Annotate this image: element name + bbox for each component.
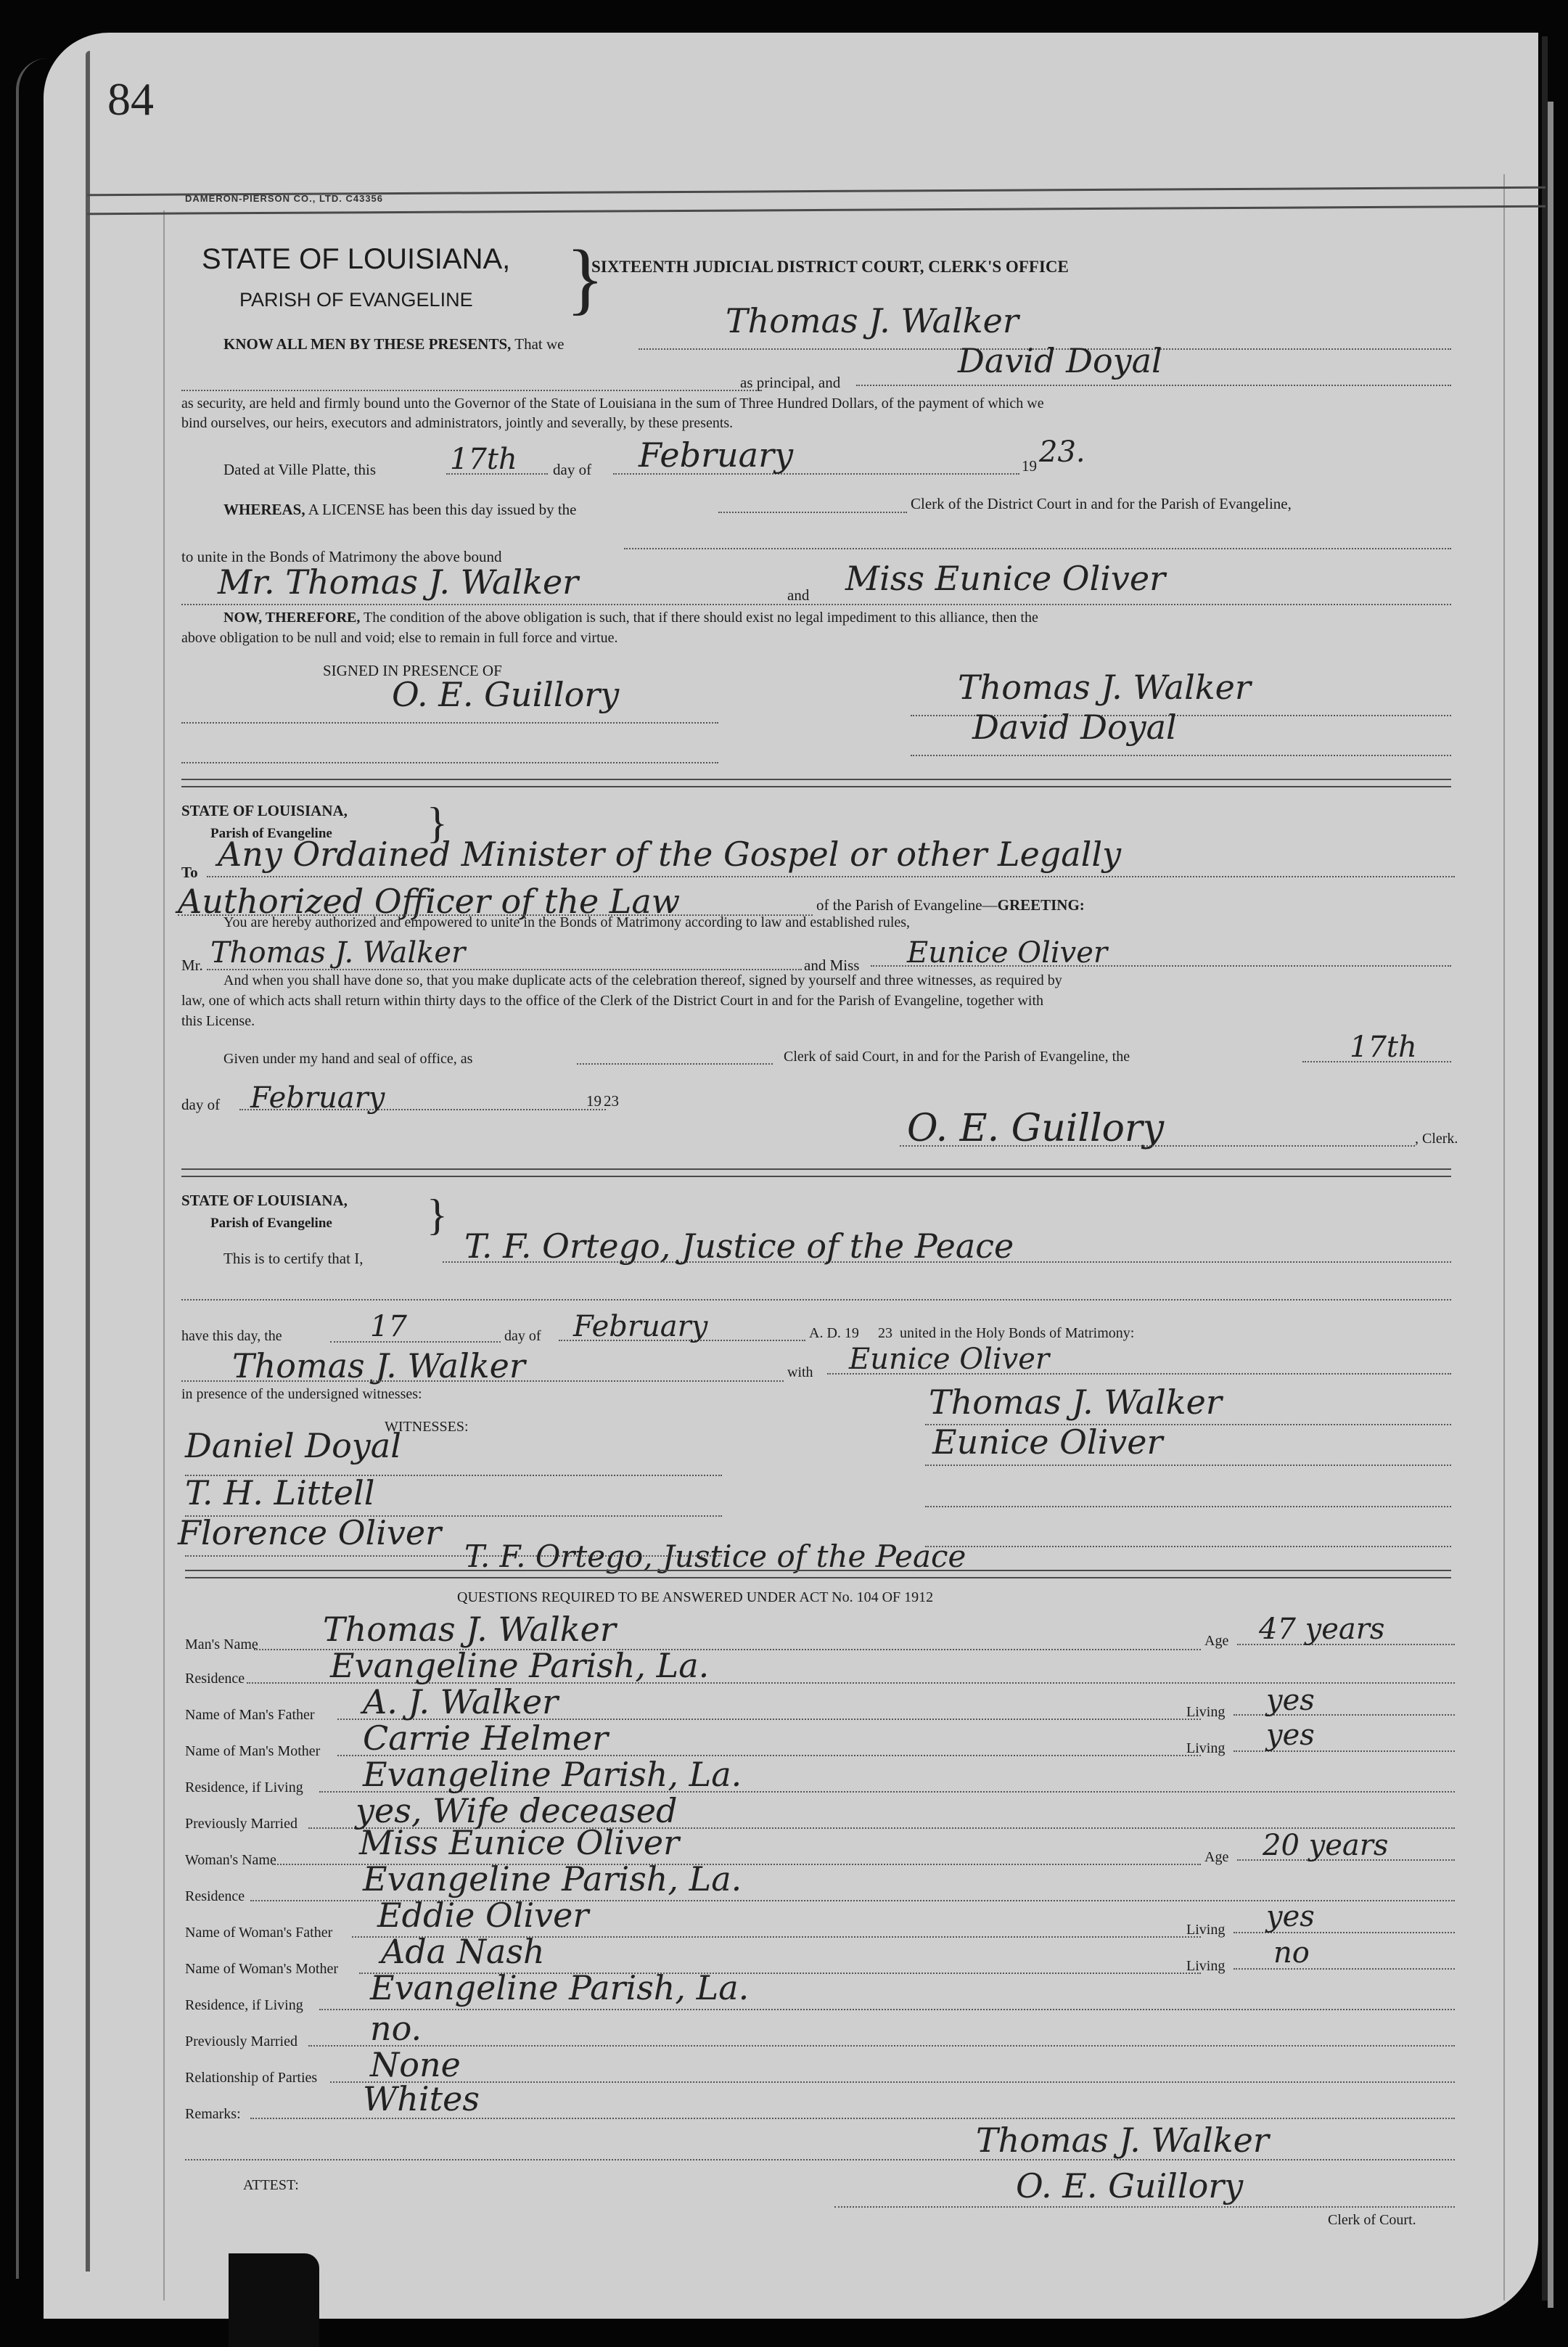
- dated-year-prefix: 19: [1022, 457, 1037, 475]
- clerk-final-signature: O. E. Guillory: [1016, 2166, 1243, 2205]
- party-signature-line-3: [925, 1506, 1451, 1507]
- duplicate-text-1: And when you shall have done so, that yo…: [223, 972, 1062, 989]
- section-divider-3a: [185, 1570, 1451, 1571]
- womans-prev-married-label: Previously Married: [185, 2033, 297, 2050]
- security-signature-line: [911, 755, 1451, 756]
- addressee-line-1-rule: [207, 876, 1455, 877]
- principal-name: Thomas J. Walker: [726, 301, 1019, 340]
- page-number: 84: [107, 73, 154, 126]
- clerk-signature-line: [900, 1145, 1415, 1147]
- section-divider-1a: [181, 779, 1451, 780]
- presence-text: in presence of the undersigned witnesses…: [181, 1386, 422, 1403]
- clerk-label: , Clerk.: [1415, 1131, 1458, 1147]
- united-text: united in the Holy Bonds of Matrimony:: [900, 1325, 1134, 1342]
- womans-age: 20 years: [1263, 1829, 1388, 1862]
- whereas-text: A LICENSE has been this day issued by th…: [308, 501, 577, 518]
- license-clerk-signature: O. E. Guillory: [907, 1107, 1164, 1150]
- mans-mother-living: yes: [1266, 1719, 1315, 1752]
- right-margin-line: [1503, 174, 1505, 2301]
- dated-prefix: Dated at Ville Platte, this: [223, 461, 376, 479]
- mans-parents-residence: Evangeline Parish, La.: [363, 1755, 742, 1794]
- license-year-prefix: 19: [586, 1092, 602, 1110]
- principal-line-2: [181, 390, 762, 391]
- womans-father: Eddie Oliver: [377, 1896, 588, 1935]
- cert-groom: Thomas J. Walker: [232, 1346, 525, 1385]
- party-signature-bride-line: [925, 1465, 1451, 1466]
- witness-2: T. H. Littell: [185, 1473, 374, 1512]
- and-label: and: [787, 586, 809, 605]
- party-signature-groom: Thomas J. Walker: [929, 1383, 1222, 1422]
- mans-residence-label: Residence: [185, 1671, 245, 1687]
- womans-name-label: Woman's Name: [185, 1852, 276, 1869]
- mans-name-label: Man's Name: [185, 1637, 258, 1653]
- questions-title: QUESTIONS REQUIRED TO BE ANSWERED UNDER …: [457, 1589, 933, 1606]
- greeting-prefix: of the Parish of Evangeline—: [816, 896, 998, 914]
- court-heading: SIXTEENTH JUDICIAL DISTRICT COURT, CLERK…: [591, 258, 1069, 277]
- mans-name: Thomas J. Walker: [323, 1610, 616, 1649]
- womans-father-label: Name of Woman's Father: [185, 1925, 332, 1941]
- attest-label: ATTEST:: [243, 2177, 299, 2194]
- witness-line-2: [181, 762, 718, 763]
- womans-parents-residence: Evangeline Parish, La.: [370, 1968, 749, 2007]
- duplicate-text-3: this License.: [181, 1013, 255, 1030]
- womans-parents-residence-label: Residence, if Living: [185, 1997, 303, 2014]
- womans-father-living-label: Living: [1186, 1922, 1225, 1938]
- bond-state-heading: STATE OF LOUISIANA,: [202, 243, 510, 276]
- left-margin-line: [163, 210, 165, 2301]
- cert-day: 17: [370, 1310, 407, 1343]
- mans-mother-label: Name of Man's Mother: [185, 1743, 320, 1760]
- mans-residence: Evangeline Parish, La.: [330, 1646, 709, 1685]
- day-of-label: day of: [553, 461, 591, 479]
- license-month: February: [250, 1081, 385, 1115]
- security-signature: David Doyal: [972, 708, 1177, 747]
- cert-bride-line: [827, 1373, 1451, 1375]
- party-signature-bride: Eunice Oliver: [932, 1422, 1163, 1462]
- page-edge: [16, 58, 48, 2279]
- mans-father-living: yes: [1266, 1684, 1315, 1717]
- cert-state-heading: STATE OF LOUISIANA,: [181, 1192, 348, 1210]
- cert-day-line: [330, 1341, 501, 1343]
- have-this-day-label: have this day, the: [181, 1328, 282, 1345]
- now-therefore-bold: NOW, THEREFORE,: [223, 610, 360, 626]
- womans-residence-label: Residence: [185, 1888, 245, 1905]
- groom-final-signature-line: [185, 2159, 1455, 2160]
- bond-parish-heading: PARISH OF EVANGELINE: [239, 289, 473, 311]
- cert-year: 23: [878, 1325, 892, 1342]
- that-we-label: That we: [514, 335, 564, 353]
- cert-month: February: [573, 1310, 707, 1343]
- with-label: with: [787, 1364, 813, 1381]
- brace: }: [427, 1190, 448, 1240]
- license-day-of-label: day of: [181, 1096, 220, 1114]
- mans-parents-residence-label: Residence, if Living: [185, 1779, 303, 1796]
- license-bride-line: [871, 965, 1451, 967]
- relationship: None: [370, 2045, 461, 2084]
- given-prefix: Given under my hand and seal of office, …: [223, 1051, 472, 1068]
- clerk-final-signature-line: [834, 2206, 1455, 2208]
- license-year: 23: [604, 1092, 619, 1110]
- page-tab-shadow: [229, 2253, 319, 2347]
- bond-witness-signature: O. E. Guillory: [392, 675, 619, 714]
- issuer-line: [718, 512, 907, 513]
- officiant-line-2: [181, 1299, 1451, 1301]
- womans-mother-living-line: [1234, 1968, 1455, 1970]
- dated-month: February: [639, 435, 793, 475]
- mans-father-living-label: Living: [1186, 1704, 1225, 1721]
- dated-day: 17th: [450, 443, 517, 476]
- clerk-of-court-label: Clerk of Court.: [1328, 2212, 1416, 2229]
- greeting: GREETING:: [998, 896, 1085, 914]
- given-mid: Clerk of said Court, in and for the Pari…: [784, 1049, 1130, 1065]
- certify-prefix: This is to certify that I,: [223, 1250, 363, 1268]
- know-all-men: KNOW ALL MEN BY THESE PRESENTS,: [223, 335, 511, 353]
- womans-name: Miss Eunice Oliver: [359, 1823, 679, 1862]
- right-binding-shadow: [1548, 102, 1553, 2308]
- mans-prev-married-label: Previously Married: [185, 1816, 297, 1832]
- security-line: [856, 385, 1451, 386]
- party-signature-line-4: [925, 1546, 1451, 1547]
- license-groom-line: [207, 969, 802, 970]
- officiant-name: T. F. Ortego, Justice of the Peace: [464, 1226, 1014, 1266]
- to-label: To: [181, 864, 198, 882]
- section-divider-2b: [181, 1176, 1451, 1177]
- womans-parents-residence-line: [319, 2009, 1455, 2010]
- womans-mother-living-label: Living: [1186, 1958, 1225, 1975]
- womans-mother-living: no: [1273, 1936, 1310, 1970]
- dated-year: 23.: [1039, 435, 1085, 469]
- relationship-label: Relationship of Parties: [185, 2070, 317, 2086]
- as-principal-label: as principal, and: [740, 374, 840, 392]
- printer-imprint: DAMERON-PIERSON CO., LTD. C43356: [185, 193, 383, 204]
- ad-prefix: A. D. 19: [809, 1325, 859, 1342]
- bound-text-2: bind ourselves, our heirs, executors and…: [181, 415, 733, 432]
- given-day: 17th: [1350, 1031, 1417, 1064]
- cert-parish-heading: Parish of Evangeline: [210, 1216, 332, 1232]
- mans-age-label: Age: [1204, 1633, 1228, 1650]
- names-line: [181, 604, 1451, 605]
- mans-mother-living-label: Living: [1186, 1740, 1225, 1757]
- now-therefore-text: The condition of the above obligation is…: [364, 610, 1038, 626]
- section-divider-1b: [181, 786, 1451, 787]
- right-binding-edge: [1542, 36, 1548, 2301]
- mans-mother: Carrie Helmer: [363, 1719, 608, 1758]
- authorized-text: You are hereby authorized and empowered …: [223, 914, 910, 931]
- groom-final-signature: Thomas J. Walker: [976, 2121, 1269, 2160]
- relationship-line: [330, 2081, 1455, 2083]
- remarks-label: Remarks:: [185, 2106, 241, 2123]
- bond-bride: Miss Eunice Oliver: [845, 559, 1165, 598]
- witness-1: Daniel Doyal: [185, 1426, 401, 1465]
- bond-groom: Mr. Thomas J. Walker: [218, 562, 578, 602]
- bound-text-1: as security, are held and firmly bound u…: [181, 396, 1044, 412]
- brace: }: [566, 232, 604, 324]
- womans-prev-married: no.: [370, 2009, 422, 2048]
- womans-residence: Evangeline Parish, La.: [363, 1859, 742, 1899]
- mr-label: Mr.: [181, 957, 203, 975]
- womans-father-living: yes: [1266, 1900, 1315, 1933]
- cert-day-of-label: day of: [504, 1328, 541, 1345]
- given-as-line: [577, 1063, 773, 1065]
- security-name: David Doyal: [958, 341, 1162, 380]
- womans-age-label: Age: [1204, 1849, 1228, 1866]
- womans-mother: Ada Nash: [381, 1932, 545, 1971]
- witness-3: Florence Oliver: [178, 1513, 441, 1552]
- remarks: Whites: [363, 2079, 480, 2118]
- principal-signature: Thomas J. Walker: [958, 668, 1251, 707]
- whereas-bold: WHEREAS,: [223, 501, 305, 518]
- womans-prev-married-line: [308, 2045, 1455, 2047]
- license-groom: Thomas J. Walker: [210, 936, 465, 970]
- whereas-text-2: Clerk of the District Court in and for t…: [911, 495, 1292, 513]
- now-therefore-text-2: above obligation to be null and void; el…: [181, 630, 618, 647]
- witness-line-1: [181, 722, 718, 724]
- section-divider-3b: [185, 1577, 1451, 1578]
- addressee-line-1: Any Ordained Minister of the Gospel or o…: [218, 835, 1121, 874]
- binding-rule: [86, 51, 90, 2272]
- officiant-signature: T. F. Ortego, Justice of the Peace: [464, 1539, 966, 1574]
- cert-bride: Eunice Oliver: [849, 1343, 1049, 1376]
- unite-line: [624, 548, 1451, 549]
- mans-father-label: Name of Man's Father: [185, 1707, 315, 1724]
- mans-age: 47 years: [1259, 1613, 1384, 1646]
- license-state-heading: STATE OF LOUISIANA,: [181, 802, 348, 820]
- duplicate-text-2: law, one of which acts shall return with…: [181, 993, 1043, 1009]
- mans-father: A. J. Walker: [363, 1682, 558, 1721]
- section-divider-2a: [181, 1168, 1451, 1170]
- womans-mother-label: Name of Woman's Mother: [185, 1961, 338, 1978]
- cert-groom-line: [181, 1380, 784, 1382]
